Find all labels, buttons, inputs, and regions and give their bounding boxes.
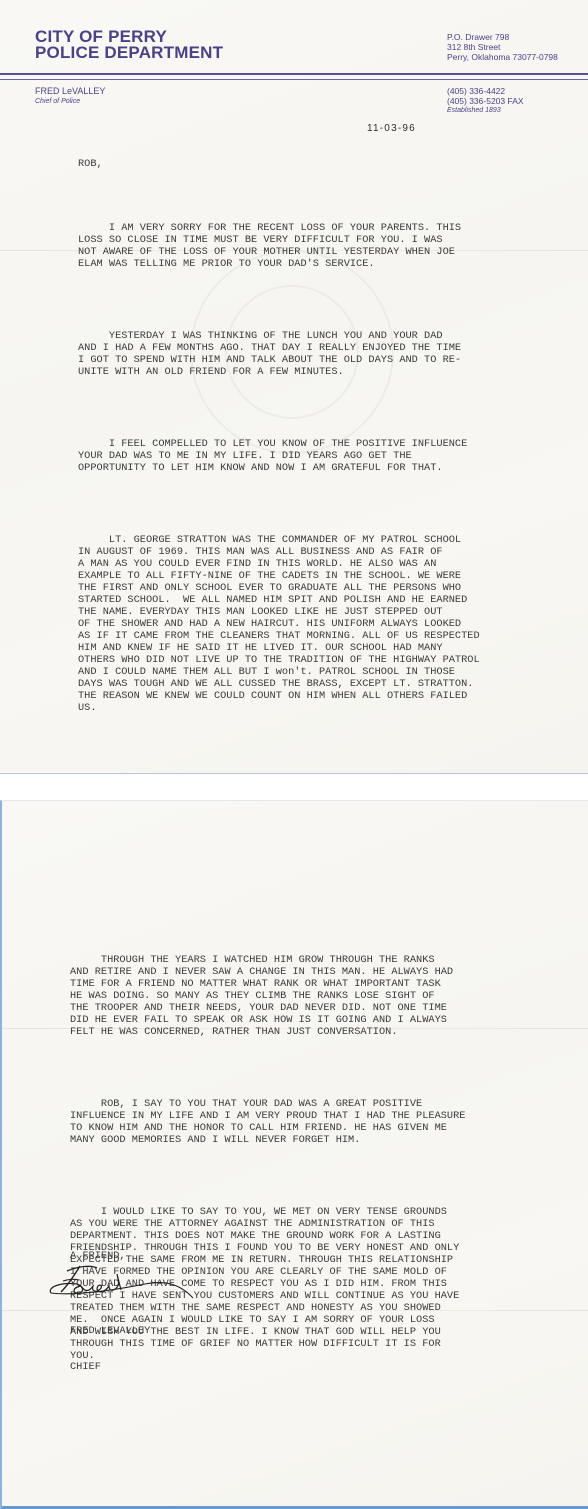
letterhead-rule-thin — [0, 79, 588, 80]
paragraph: LT. GEORGE STRATTON WAS THE COMMANDER OF… — [78, 534, 480, 714]
paragraph: THROUGH THE YEARS I WATCHED HIM GROW THR… — [70, 954, 465, 1038]
contact-block: (405) 336-4422 (405) 336-5203 FAX Establ… — [447, 86, 524, 115]
address-line: P.O. Drawer 798 — [447, 32, 558, 42]
signer-name: FRED LEVALLEY — [70, 1325, 150, 1337]
department-name-line2: POLICE DEPARTMENT — [35, 45, 223, 61]
paragraph: I AM VERY SORRY FOR THE RECENT LOSS OF Y… — [78, 222, 480, 270]
page1-body: I AM VERY SORRY FOR THE RECENT LOSS OF Y… — [78, 198, 480, 774]
chief-block: FRED LeVALLEY Chief of Police — [35, 86, 105, 106]
phone-number: (405) 336-4422 — [447, 86, 524, 96]
fax-number: (405) 336-5203 FAX — [447, 96, 524, 106]
letterhead-rule-thick — [0, 73, 588, 75]
department-name: CITY OF PERRY POLICE DEPARTMENT — [35, 29, 223, 61]
letter-page-1: CITY OF PERRY POLICE DEPARTMENT P.O. Dra… — [0, 0, 588, 774]
paragraph: I FEEL COMPELLED TO LET YOU KNOW OF THE … — [78, 438, 480, 474]
letter-date: 11-03-96 — [367, 123, 416, 134]
chief-name: FRED LeVALLEY — [35, 86, 105, 97]
chief-title: Chief of Police — [35, 97, 105, 106]
paragraph: ROB, I SAY TO YOU THAT YOUR DAD WAS A GR… — [70, 1098, 465, 1146]
established-year: Established 1893 — [447, 106, 524, 115]
signer-block: FRED LEVALLEY CHIEF — [70, 1301, 150, 1385]
address-line: Perry, Oklahoma 73077-0798 — [447, 52, 558, 62]
mailing-address: P.O. Drawer 798 312 8th Street Perry, Ok… — [447, 32, 558, 62]
paragraph: YESTERDAY I WAS THINKING OF THE LUNCH YO… — [78, 330, 480, 378]
address-line: 312 8th Street — [447, 42, 558, 52]
signer-title: CHIEF — [70, 1361, 150, 1373]
closing: A FRIEND, — [70, 1250, 126, 1262]
handwritten-signature — [45, 1262, 195, 1300]
salutation: ROB, — [78, 158, 103, 170]
